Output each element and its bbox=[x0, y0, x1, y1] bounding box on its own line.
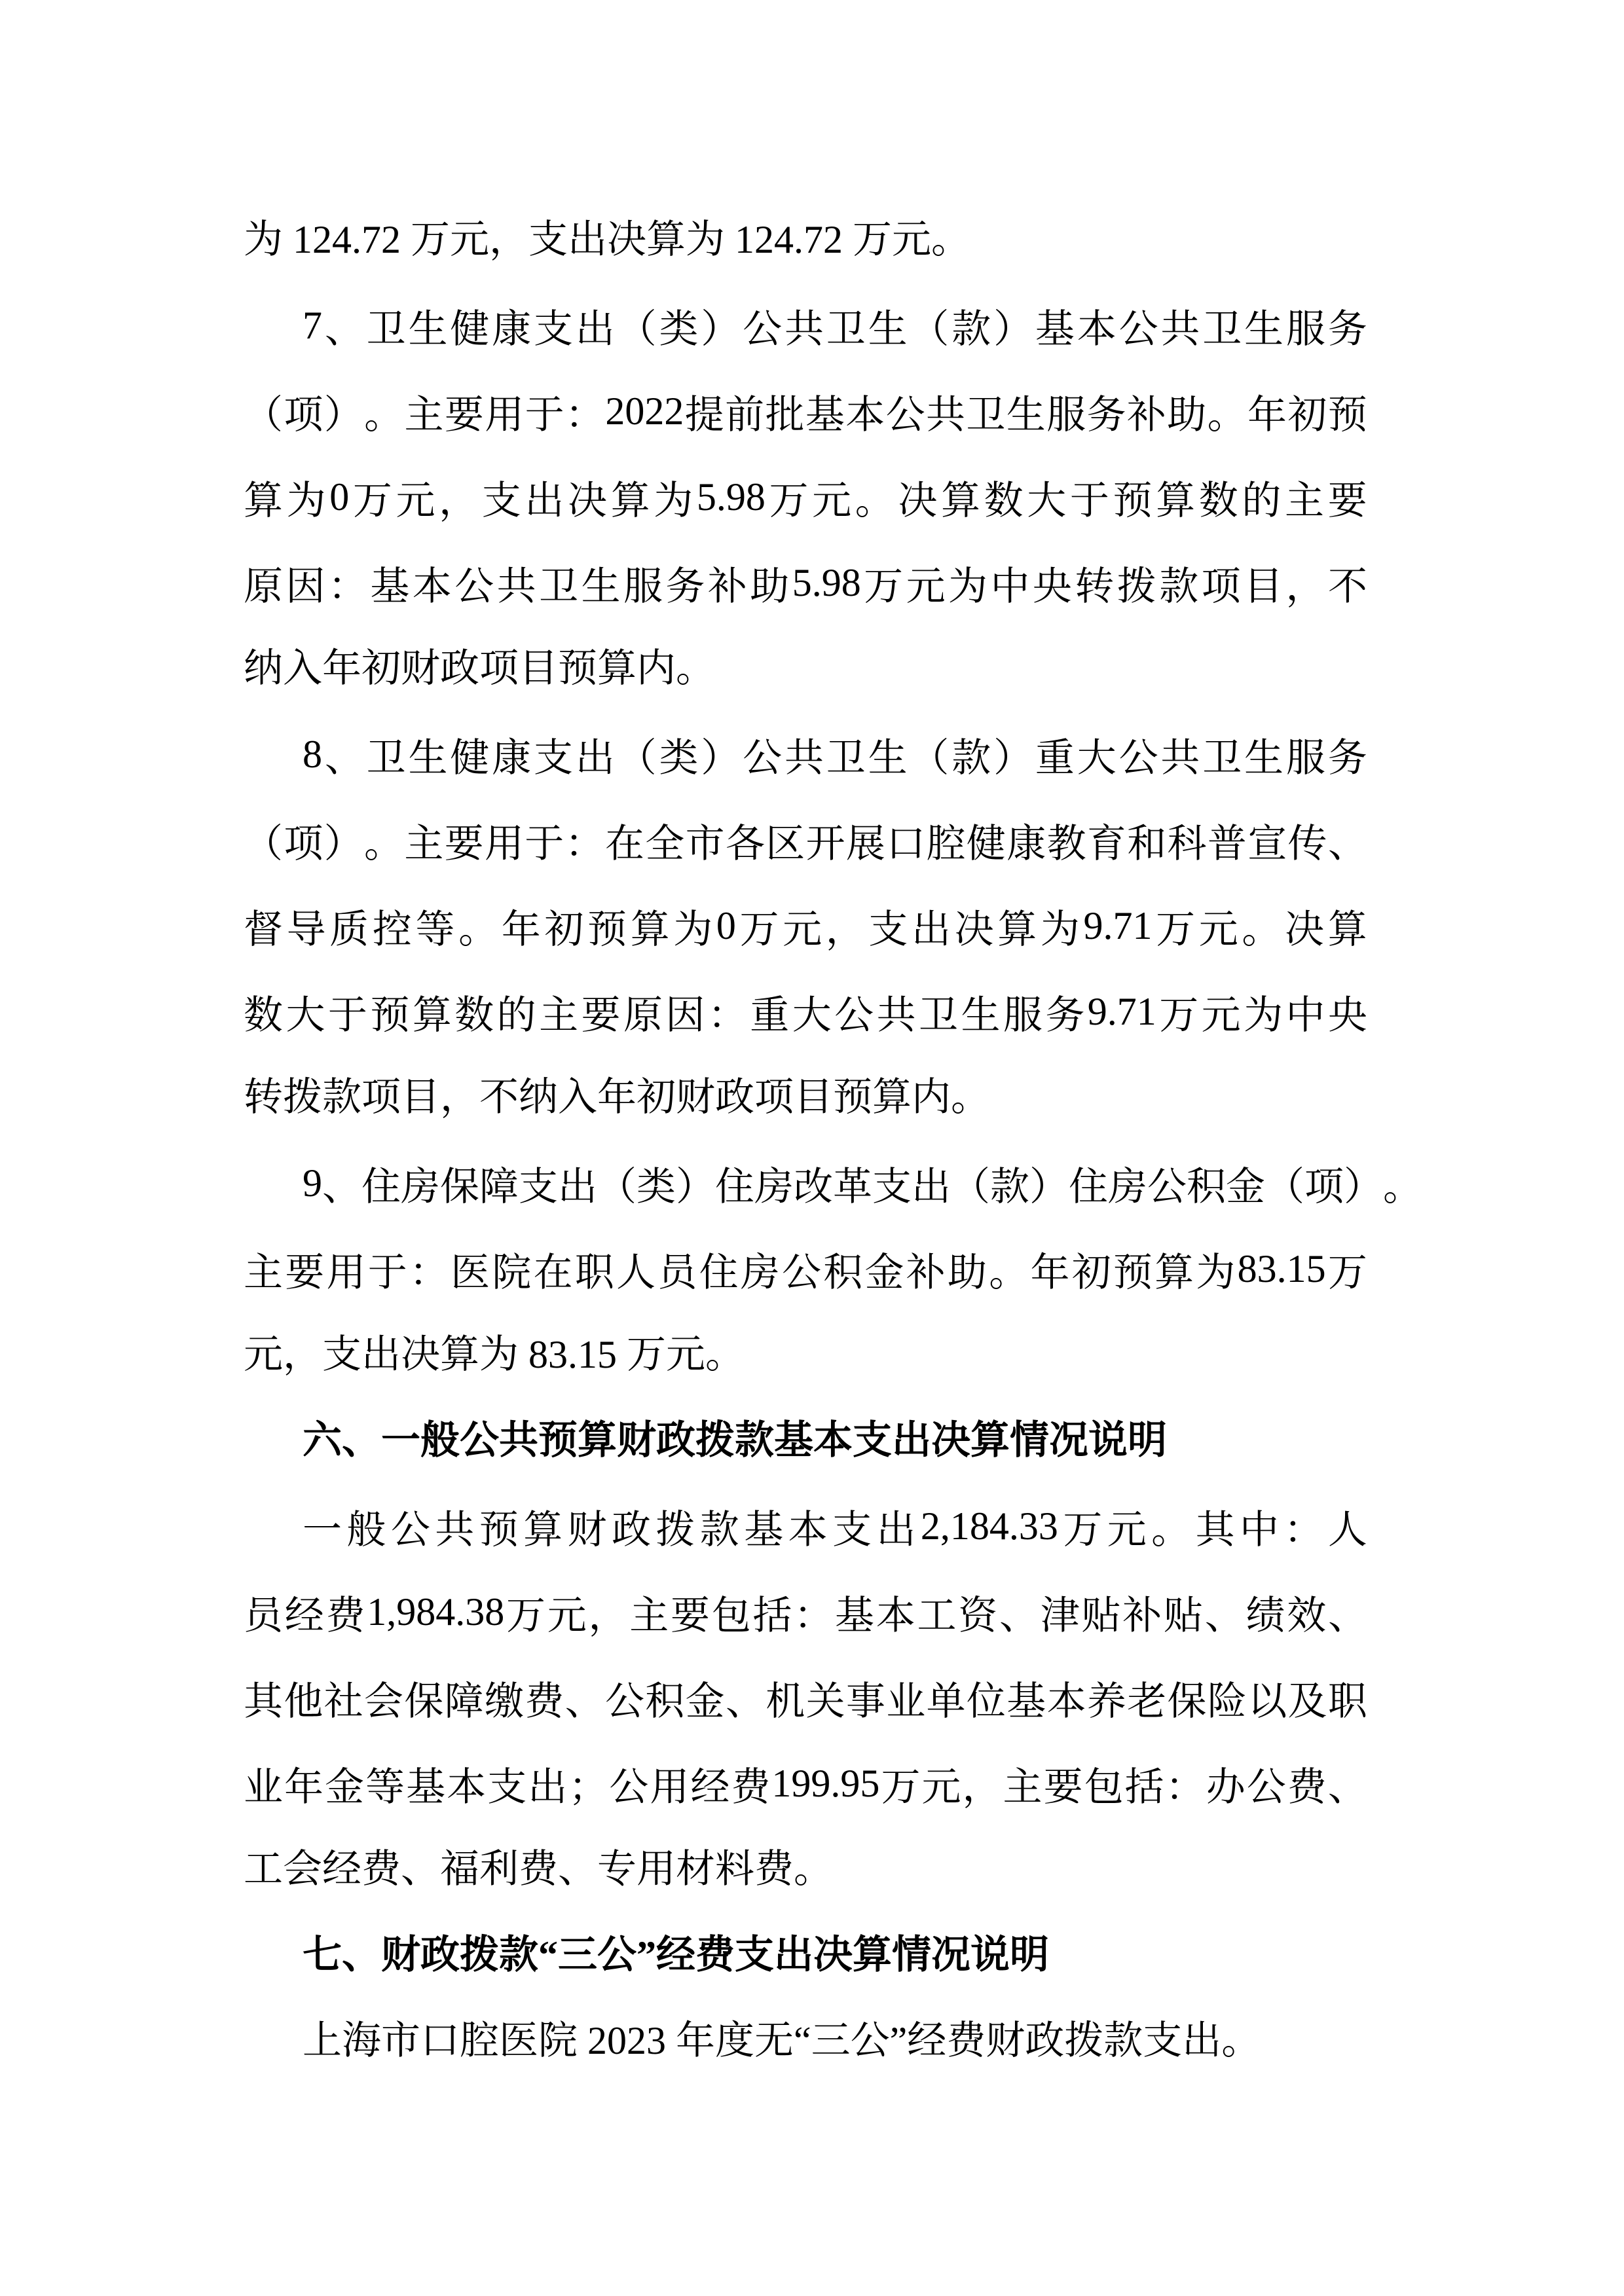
text-token: 公 bbox=[1119, 727, 1158, 783]
text-token: ， bbox=[589, 1584, 628, 1641]
text-token: 本 bbox=[876, 1584, 915, 1641]
text-token: 房 bbox=[741, 1241, 780, 1298]
text-token: 万 bbox=[864, 555, 903, 611]
text-token: 补 bbox=[906, 1241, 946, 1298]
text-token: 基 bbox=[1035, 298, 1075, 354]
text-token: 共 bbox=[435, 1499, 474, 1555]
text-token: 用 bbox=[485, 384, 524, 440]
text-token: 批 bbox=[766, 384, 805, 440]
text-token: （ bbox=[244, 812, 283, 869]
text-token: 公 bbox=[1147, 1156, 1187, 1212]
text-token: 算 bbox=[997, 898, 1037, 955]
text-token: 障 bbox=[445, 1670, 484, 1726]
text-token: 在 bbox=[534, 1241, 573, 1298]
text-token: 前 bbox=[725, 384, 764, 440]
text-token: 缴 bbox=[485, 1670, 524, 1726]
text-token: ： bbox=[565, 384, 604, 440]
text-token: 元 bbox=[1202, 984, 1241, 1040]
text-token: 务 bbox=[1087, 384, 1126, 440]
text-token: （ bbox=[951, 1156, 990, 1212]
text-token: 大 bbox=[286, 984, 325, 1040]
text-token: ） bbox=[701, 298, 740, 354]
text-token: 、 bbox=[325, 727, 364, 783]
text-token: 政 bbox=[612, 1499, 651, 1555]
text-token: ： bbox=[409, 1241, 449, 1298]
text-token: 元 bbox=[1107, 1499, 1147, 1555]
text-token: 算 bbox=[244, 469, 283, 526]
text-token: 卫 bbox=[1202, 298, 1242, 354]
text-token: ： bbox=[794, 1584, 833, 1641]
text-token: 8 bbox=[303, 732, 322, 777]
text-token: 共 bbox=[497, 555, 536, 611]
text-token: 款 bbox=[990, 1156, 1029, 1212]
text-token: 单 bbox=[927, 1670, 966, 1726]
text-token: 津 bbox=[1041, 1584, 1080, 1641]
text-token: 于 bbox=[328, 984, 367, 1040]
text-token: 控 bbox=[373, 898, 412, 955]
text-line: 9、住房保障支出（类）住房改革支出（款）住房公积金（项）。 bbox=[244, 1140, 1367, 1226]
text-token: 类 bbox=[659, 298, 698, 354]
document-body: 为 124.72 万元，支出决算为 124.72 万元。7、卫生健康支出（类）公… bbox=[244, 197, 1367, 2084]
text-token: 万 bbox=[1328, 1241, 1367, 1298]
text-token: 绩 bbox=[1246, 1584, 1285, 1641]
text-line: 8、卫生健康支出（类）公共卫生（款）重大公共卫生服务 bbox=[244, 712, 1367, 797]
text-token: 费 bbox=[1287, 1756, 1327, 1812]
text-token: 算 bbox=[1156, 469, 1195, 526]
text-token: 1,984.38 bbox=[367, 1590, 504, 1635]
text-token: 卫 bbox=[919, 984, 958, 1040]
text-token: 、 bbox=[726, 1670, 765, 1726]
text-token: 初 bbox=[1072, 1241, 1111, 1298]
text-token: 。 bbox=[364, 384, 403, 440]
text-token: 区 bbox=[766, 812, 805, 869]
text-token: 房 bbox=[1108, 1156, 1147, 1212]
text-token: 职 bbox=[1328, 1670, 1367, 1726]
text-token: 、 bbox=[999, 1584, 1039, 1641]
text-token: 款 bbox=[700, 1499, 739, 1555]
text-token: ） bbox=[1344, 1156, 1383, 1212]
text-token: 万 bbox=[1159, 984, 1198, 1040]
text-token: 保 bbox=[440, 1156, 479, 1212]
text-token: 住 bbox=[1069, 1156, 1108, 1212]
text-token: ： bbox=[1283, 1499, 1323, 1555]
text-token: 用 bbox=[326, 1241, 365, 1298]
text-token: 万 bbox=[740, 898, 779, 955]
text-token: 、 bbox=[322, 1156, 361, 1212]
text-token: 及 bbox=[1288, 1670, 1327, 1726]
text-token: 卫 bbox=[826, 727, 866, 783]
text-token: 障 bbox=[479, 1156, 519, 1212]
text-token: 卫 bbox=[367, 298, 406, 354]
paragraph: 上海市口腔医院 2023 年度无“三公”经费财政拨款支出。 bbox=[244, 1998, 1367, 2084]
text-token: 万 bbox=[881, 1756, 920, 1812]
text-token: 的 bbox=[1242, 469, 1281, 526]
text-token: 务 bbox=[1045, 984, 1084, 1040]
text-token: 预 bbox=[1113, 469, 1153, 526]
paragraph: 7、卫生健康支出（类）公共卫生（款）基本公共卫生服务（项）。主要用于：2022提… bbox=[244, 283, 1367, 712]
paragraph: 8、卫生健康支出（类）公共卫生（款）重大公共卫生服务（项）。主要用于：在全市各区… bbox=[244, 712, 1367, 1140]
text-token: 助 bbox=[948, 1241, 987, 1298]
text-token: 业 bbox=[886, 1670, 925, 1726]
text-token: 腔 bbox=[927, 812, 966, 869]
text-token: 原 bbox=[623, 984, 663, 1040]
text-token: 生 bbox=[581, 555, 621, 611]
text-token: ） bbox=[993, 298, 1033, 354]
text-token: 助 bbox=[750, 555, 789, 611]
text-token: 决 bbox=[568, 469, 607, 526]
text-token: 于 bbox=[368, 1241, 407, 1298]
text-token: 2,184.33 bbox=[921, 1504, 1058, 1549]
text-token: 费 bbox=[326, 1584, 365, 1641]
text-token: 人 bbox=[616, 1241, 655, 1298]
text-line: 为 124.72 万元，支出决算为 124.72 万元。 bbox=[244, 197, 1367, 283]
text-token: 科 bbox=[1168, 812, 1207, 869]
text-token: 共 bbox=[1160, 727, 1200, 783]
text-token: 费 bbox=[525, 1670, 564, 1726]
text-token: 9.71 bbox=[1088, 989, 1156, 1034]
text-token: 补 bbox=[1127, 384, 1166, 440]
text-line: 六、一般公共预算财政拨款基本支出决算情况说明 bbox=[244, 1398, 1367, 1484]
text-line: 7、卫生健康支出（类）公共卫生（款）基本公共卫生服务 bbox=[244, 283, 1367, 369]
text-token: 数 bbox=[984, 469, 1024, 526]
text-token: 公 bbox=[782, 1241, 821, 1298]
text-token: 为 bbox=[1196, 1241, 1235, 1298]
text-token: 支 bbox=[519, 1156, 558, 1212]
text-line: 上海市口腔医院 2023 年度无“三公”经费财政拨款支出。 bbox=[244, 1998, 1367, 2084]
text-token: 年 bbox=[502, 898, 541, 955]
text-token: 元 bbox=[783, 898, 822, 955]
text-token: 原 bbox=[244, 555, 283, 611]
text-token: 健 bbox=[450, 298, 489, 354]
text-token: 改 bbox=[794, 1156, 833, 1212]
text-token: 公 bbox=[834, 984, 874, 1040]
text-token: 宣 bbox=[1247, 812, 1287, 869]
text-token: 要 bbox=[285, 1241, 324, 1298]
text-token: 算 bbox=[413, 984, 452, 1040]
text-token: 、 bbox=[1205, 1584, 1244, 1641]
text-token: 预 bbox=[587, 898, 627, 955]
text-token: 为 bbox=[1244, 984, 1283, 1040]
text-token: 公 bbox=[743, 727, 782, 783]
text-token: 转 bbox=[1075, 555, 1114, 611]
text-token: 主 bbox=[1003, 1756, 1043, 1812]
text-token: 决 bbox=[898, 469, 937, 526]
text-token: 费 bbox=[731, 1756, 770, 1812]
section-heading: 六、一般公共预算财政拨款基本支出决算情况说明 bbox=[244, 1398, 1367, 1484]
text-token: 展 bbox=[846, 812, 885, 869]
text-token: 的 bbox=[497, 984, 536, 1040]
text-token: 社 bbox=[324, 1670, 363, 1726]
text-token: 元 bbox=[921, 1756, 961, 1812]
text-token: 经 bbox=[285, 1584, 324, 1641]
text-token: 传 bbox=[1288, 812, 1327, 869]
text-token: 元 bbox=[547, 1584, 587, 1641]
text-token: 主 bbox=[629, 1584, 669, 1641]
text-token: ： bbox=[1166, 1756, 1205, 1812]
text-token: 0 bbox=[716, 903, 736, 949]
text-token: 贴 bbox=[1164, 1584, 1203, 1641]
text-token: 算 bbox=[1328, 898, 1367, 955]
text-token: 支 bbox=[534, 298, 573, 354]
text-token: 要 bbox=[445, 812, 484, 869]
text-token: 支 bbox=[868, 898, 908, 955]
text-token: 。 bbox=[1208, 384, 1247, 440]
text-token: 元 bbox=[812, 469, 851, 526]
text-token: 重 bbox=[1035, 727, 1075, 783]
text-token: ， bbox=[963, 1756, 1002, 1812]
text-token: 生 bbox=[1244, 298, 1283, 354]
text-token: 为 bbox=[673, 898, 712, 955]
text-token: 目 bbox=[1244, 555, 1283, 611]
text-token: 、 bbox=[1328, 1756, 1367, 1812]
text-token: 大 bbox=[1027, 469, 1066, 526]
text-token: 公 bbox=[391, 1499, 430, 1555]
text-token: 为 bbox=[287, 469, 326, 526]
text-token: 提 bbox=[685, 384, 724, 440]
text-token: 算 bbox=[1154, 1241, 1194, 1298]
text-token: 出 bbox=[525, 469, 564, 526]
text-token: 质 bbox=[329, 898, 369, 955]
text-token: 经 bbox=[690, 1756, 729, 1812]
text-token: 员 bbox=[244, 1584, 283, 1641]
text-token: 算 bbox=[631, 898, 670, 955]
text-token: （ bbox=[910, 298, 949, 354]
text-token: 出 bbox=[912, 1156, 951, 1212]
text-token: 康 bbox=[1006, 812, 1046, 869]
text-token: （ bbox=[618, 727, 657, 783]
text-token: 支 bbox=[487, 1756, 526, 1812]
text-token: 为 bbox=[1041, 898, 1080, 955]
text-token: 初 bbox=[544, 898, 583, 955]
text-token: 本 bbox=[447, 1756, 486, 1812]
text-token: 公 bbox=[605, 1670, 644, 1726]
text-token: 万 bbox=[1063, 1499, 1102, 1555]
text-token: 基 bbox=[1006, 1670, 1046, 1726]
paragraph: 一般公共预算财政拨款基本支出2,184.33万元。其中：人员经费1,984.38… bbox=[244, 1484, 1367, 1912]
text-token: 普 bbox=[1208, 812, 1247, 869]
text-token: 务 bbox=[1328, 727, 1367, 783]
text-token: 款 bbox=[951, 298, 991, 354]
text-token: 全 bbox=[645, 812, 684, 869]
text-token: （ bbox=[244, 384, 283, 440]
text-token: 共 bbox=[926, 384, 965, 440]
text-token: 卫 bbox=[966, 384, 1005, 440]
text-token: 万 bbox=[769, 469, 809, 526]
text-token: 重 bbox=[750, 984, 789, 1040]
text-token: 0 bbox=[329, 475, 349, 520]
text-token: 般 bbox=[346, 1499, 386, 1555]
paragraph: 9、住房保障支出（类）住房改革支出（款）住房公积金（项）。主要用于：医院在职人员… bbox=[244, 1140, 1367, 1398]
text-token: 以 bbox=[1247, 1670, 1287, 1726]
text-token: 年 bbox=[284, 1756, 323, 1812]
text-token: 9.71 bbox=[1084, 903, 1153, 949]
text-token: 事 bbox=[846, 1670, 885, 1726]
text-token: 出 bbox=[576, 298, 615, 354]
text-token: 生 bbox=[408, 727, 447, 783]
text-token: 包 bbox=[1084, 1756, 1124, 1812]
text-token: 主 bbox=[539, 984, 578, 1040]
text-line: 数大于预算数的主要原因：重大公共卫生服务9.71万元为中央 bbox=[244, 969, 1367, 1055]
text-token: 贴 bbox=[1082, 1584, 1121, 1641]
text-token: 金 bbox=[686, 1670, 725, 1726]
text-token: 83.15 bbox=[1238, 1247, 1326, 1292]
text-token: 健 bbox=[967, 812, 1006, 869]
fiscal-report-page: 为 124.72 万元，支出决算为 124.72 万元。7、卫生健康支出（类）公… bbox=[0, 0, 1624, 2296]
text-token: 预 bbox=[370, 984, 409, 1040]
text-token: 。 bbox=[855, 469, 895, 526]
text-token: 央 bbox=[1033, 555, 1072, 611]
text-token: 算 bbox=[523, 1499, 563, 1555]
text-token: 房 bbox=[754, 1156, 794, 1212]
text-token: 、 bbox=[325, 298, 364, 354]
text-token: 中 bbox=[990, 555, 1029, 611]
text-token: 公 bbox=[454, 555, 494, 611]
text-token: 中 bbox=[1286, 984, 1325, 1040]
text-token: ： bbox=[328, 555, 367, 611]
text-token: 口 bbox=[886, 812, 925, 869]
text-token: 他 bbox=[284, 1670, 323, 1726]
text-token: 、 bbox=[1328, 1584, 1367, 1641]
text-token: 万 bbox=[506, 1584, 545, 1641]
text-token: 数 bbox=[1199, 469, 1238, 526]
text-token: 医 bbox=[451, 1241, 490, 1298]
text-token: 要 bbox=[1044, 1756, 1083, 1812]
text-token: 共 bbox=[784, 298, 824, 354]
text-token: 其 bbox=[1196, 1499, 1235, 1555]
text-token: 公 bbox=[1247, 1756, 1286, 1812]
text-token: 基 bbox=[370, 555, 409, 611]
text-token: 院 bbox=[492, 1241, 531, 1298]
text-token: 本 bbox=[413, 555, 452, 611]
text-token: 大 bbox=[1077, 727, 1116, 783]
section-heading: 七、财政拨款“三公”经费支出决算情况说明 bbox=[244, 1912, 1367, 1998]
text-token: 育 bbox=[1087, 812, 1126, 869]
text-token: 共 bbox=[784, 727, 824, 783]
text-token: 职 bbox=[575, 1241, 614, 1298]
text-token: 生 bbox=[1006, 384, 1046, 440]
text-line: 七、财政拨款“三公”经费支出决算情况说明 bbox=[244, 1912, 1367, 1998]
text-token: 导 bbox=[287, 898, 326, 955]
text-token: 员 bbox=[657, 1241, 697, 1298]
text-token: 万 bbox=[1156, 898, 1195, 955]
paragraph: 为 124.72 万元，支出决算为 124.72 万元。 bbox=[244, 197, 1367, 283]
text-token: 本 bbox=[788, 1499, 828, 1555]
text-token: 会 bbox=[364, 1670, 403, 1726]
text-token: 积 bbox=[1187, 1156, 1226, 1212]
text-token: 基 bbox=[744, 1499, 783, 1555]
text-token: 督 bbox=[244, 898, 283, 955]
text-token: 生 bbox=[408, 298, 447, 354]
text-token: 决 bbox=[1285, 898, 1324, 955]
text-token: 元 bbox=[906, 555, 946, 611]
text-token: 住 bbox=[699, 1241, 739, 1298]
text-token: 健 bbox=[450, 727, 489, 783]
text-token: 助 bbox=[1167, 384, 1206, 440]
text-token: 资 bbox=[958, 1584, 997, 1641]
text-token: 支 bbox=[832, 1499, 872, 1555]
text-token: 共 bbox=[1160, 298, 1200, 354]
text-token: 初 bbox=[1287, 384, 1327, 440]
text-token: 于 bbox=[525, 812, 564, 869]
text-token: 支 bbox=[482, 469, 521, 526]
text-token: 康 bbox=[492, 298, 531, 354]
text-token: 险 bbox=[1208, 1670, 1247, 1726]
text-token: 主 bbox=[404, 812, 443, 869]
text-token: 办 bbox=[1206, 1756, 1246, 1812]
text-token: 预 bbox=[1113, 1241, 1153, 1298]
text-token: 教 bbox=[1047, 812, 1086, 869]
text-token: ） bbox=[1029, 1156, 1069, 1212]
text-token: 要 bbox=[1328, 469, 1367, 526]
text-token: 工 bbox=[917, 1584, 957, 1641]
text-token: 和 bbox=[1127, 812, 1166, 869]
text-token: 生 bbox=[961, 984, 1000, 1040]
text-line: 转拨款项目，不纳入年初财政项目预算内。 bbox=[244, 1055, 1367, 1140]
text-token: 要 bbox=[671, 1584, 710, 1641]
text-token: 预 bbox=[1328, 384, 1367, 440]
text-token: 服 bbox=[1286, 727, 1325, 783]
text-token: 住 bbox=[361, 1156, 401, 1212]
text-token: 2022 bbox=[605, 389, 684, 434]
text-token: 卫 bbox=[826, 298, 866, 354]
text-token: 本 bbox=[845, 384, 885, 440]
text-token: 出 bbox=[876, 1499, 915, 1555]
text-token: 5.98 bbox=[697, 475, 766, 520]
text-token: 卫 bbox=[539, 555, 578, 611]
text-token: 积 bbox=[823, 1241, 862, 1298]
text-token: 基 bbox=[406, 1756, 445, 1812]
text-token: 出 bbox=[912, 898, 951, 955]
text-token: 。 bbox=[364, 812, 403, 869]
text-token: 中 bbox=[1240, 1499, 1279, 1555]
text-token: 出 bbox=[528, 1756, 567, 1812]
text-token: （ bbox=[597, 1156, 637, 1212]
text-token: 199.95 bbox=[771, 1761, 879, 1806]
text-line: 元，支出决算为 83.15 万元。 bbox=[244, 1312, 1367, 1398]
text-line: 一般公共预算财政拨款基本支出2,184.33万元。其中：人 bbox=[244, 1484, 1367, 1569]
text-token: 主 bbox=[244, 1241, 283, 1298]
text-token: 开 bbox=[806, 812, 845, 869]
text-token: 卫 bbox=[1202, 727, 1242, 783]
text-token: ） bbox=[993, 727, 1033, 783]
text-line: 算为0万元，支出决算为5.98万元。决算数大于预算数的主要 bbox=[244, 454, 1367, 540]
text-token: （ bbox=[910, 727, 949, 783]
text-token: 金 bbox=[1226, 1156, 1265, 1212]
text-token: ： bbox=[565, 812, 604, 869]
text-token: 要 bbox=[581, 984, 621, 1040]
text-token: 因 bbox=[665, 984, 705, 1040]
text-line: 工会经费、福利费、专用材料费。 bbox=[244, 1827, 1367, 1912]
text-token: 元 bbox=[1199, 898, 1238, 955]
text-token: 一 bbox=[303, 1499, 342, 1555]
text-token: ： bbox=[708, 984, 747, 1040]
text-token: 大 bbox=[792, 984, 832, 1040]
text-token: 公 bbox=[609, 1756, 648, 1812]
text-token: 位 bbox=[967, 1670, 1006, 1726]
text-token: 。 bbox=[989, 1241, 1028, 1298]
text-token: 。 bbox=[1383, 1156, 1422, 1212]
text-token: 预 bbox=[479, 1499, 519, 1555]
text-line: （项）。主要用于：在全市各区开展口腔健康教育和科普宣传、 bbox=[244, 797, 1367, 883]
text-token: 等 bbox=[365, 1756, 405, 1812]
text-token: 。 bbox=[458, 898, 498, 955]
text-token: 金 bbox=[865, 1241, 904, 1298]
text-token: ； bbox=[568, 1756, 608, 1812]
text-line: 督导质控等。年初预算为0万元，支出决算为9.71万元。决算 bbox=[244, 883, 1367, 969]
text-token: （ bbox=[618, 298, 657, 354]
text-token: 公 bbox=[886, 384, 925, 440]
text-token: 服 bbox=[1286, 298, 1325, 354]
